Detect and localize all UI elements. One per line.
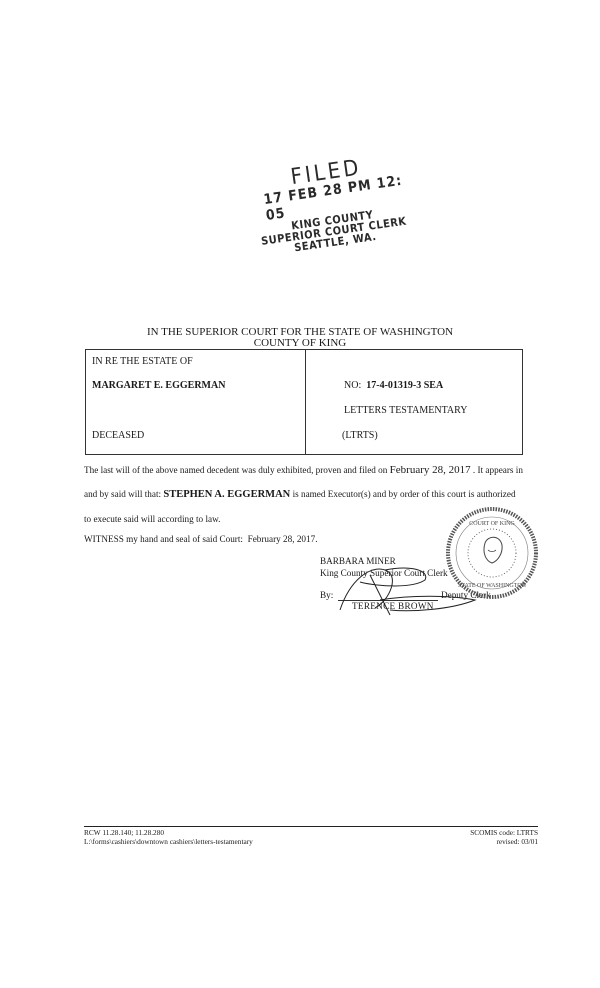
footer-rcw: RCW 11.28.140; 11.28.280 [84, 828, 164, 837]
case-number: NO: 17-4-01319-3 SEA [344, 380, 443, 391]
body-paragraph-1: The last will of the above named deceden… [84, 464, 523, 476]
svg-text:STATE OF WASHINGTON: STATE OF WASHINGTON [458, 583, 527, 589]
executor-name: STEPHEN A. EGGERMAN [163, 489, 290, 500]
court-seal-icon: COURT OF KING STATE OF WASHINGTON [440, 505, 540, 605]
witness-date: February 28, 2017. [248, 534, 318, 544]
footer-rule [84, 826, 538, 827]
case-caption-box: IN RE THE ESTATE OF MARGARET E. EGGERMAN… [85, 349, 523, 455]
deceased-label: DECEASED [92, 430, 144, 441]
footer-path: L:\forms\cashiers\downtown cashiers\lett… [84, 837, 253, 846]
caption-divider [305, 350, 306, 454]
estate-label: IN RE THE ESTATE OF [92, 356, 193, 367]
document-title: LETTERS TESTAMENTARY [344, 405, 468, 416]
decedent-name: MARGARET E. EGGERMAN [92, 380, 225, 391]
svg-text:COURT OF KING: COURT OF KING [469, 521, 515, 527]
body-paragraph-3: to execute said will according to law. [84, 514, 220, 524]
filed-date: February 28, 2017 [390, 464, 471, 476]
case-number-label: NO: [344, 380, 361, 391]
case-number-value: 17-4-01319-3 SEA [366, 380, 443, 391]
body-paragraph-2: and by said will that: STEPHEN A. EGGERM… [84, 489, 516, 500]
witness-line: WITNESS my hand and seal of said Court: … [84, 534, 318, 544]
court-county: COUNTY OF KING [0, 337, 600, 349]
footer-revised: revised: 03/01 [496, 837, 538, 846]
footer-scomis-code: SCOMIS code: LTRTS [470, 828, 538, 837]
filed-stamp: FILED 17 FEB 28 PM 12: 05 KING COUNTY SU… [250, 150, 411, 258]
document-code: (LTRTS) [342, 430, 378, 441]
